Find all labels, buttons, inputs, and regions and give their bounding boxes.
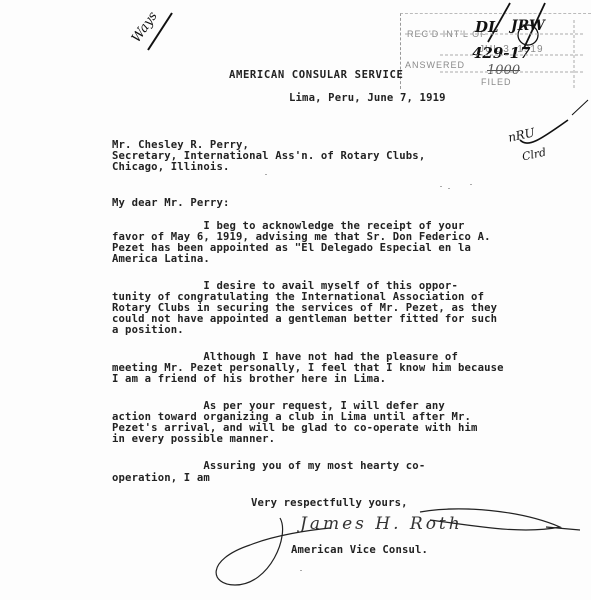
paper-speck bbox=[300, 570, 302, 571]
letter-page: REC'D INT'L OF JUL 3 1919 ANSWERED FILED… bbox=[0, 0, 591, 600]
paper-speck bbox=[470, 184, 472, 185]
paper-speck bbox=[440, 186, 442, 187]
paper-speck bbox=[265, 174, 267, 175]
ink-strokes bbox=[0, 0, 591, 600]
paper-speck bbox=[448, 188, 450, 189]
